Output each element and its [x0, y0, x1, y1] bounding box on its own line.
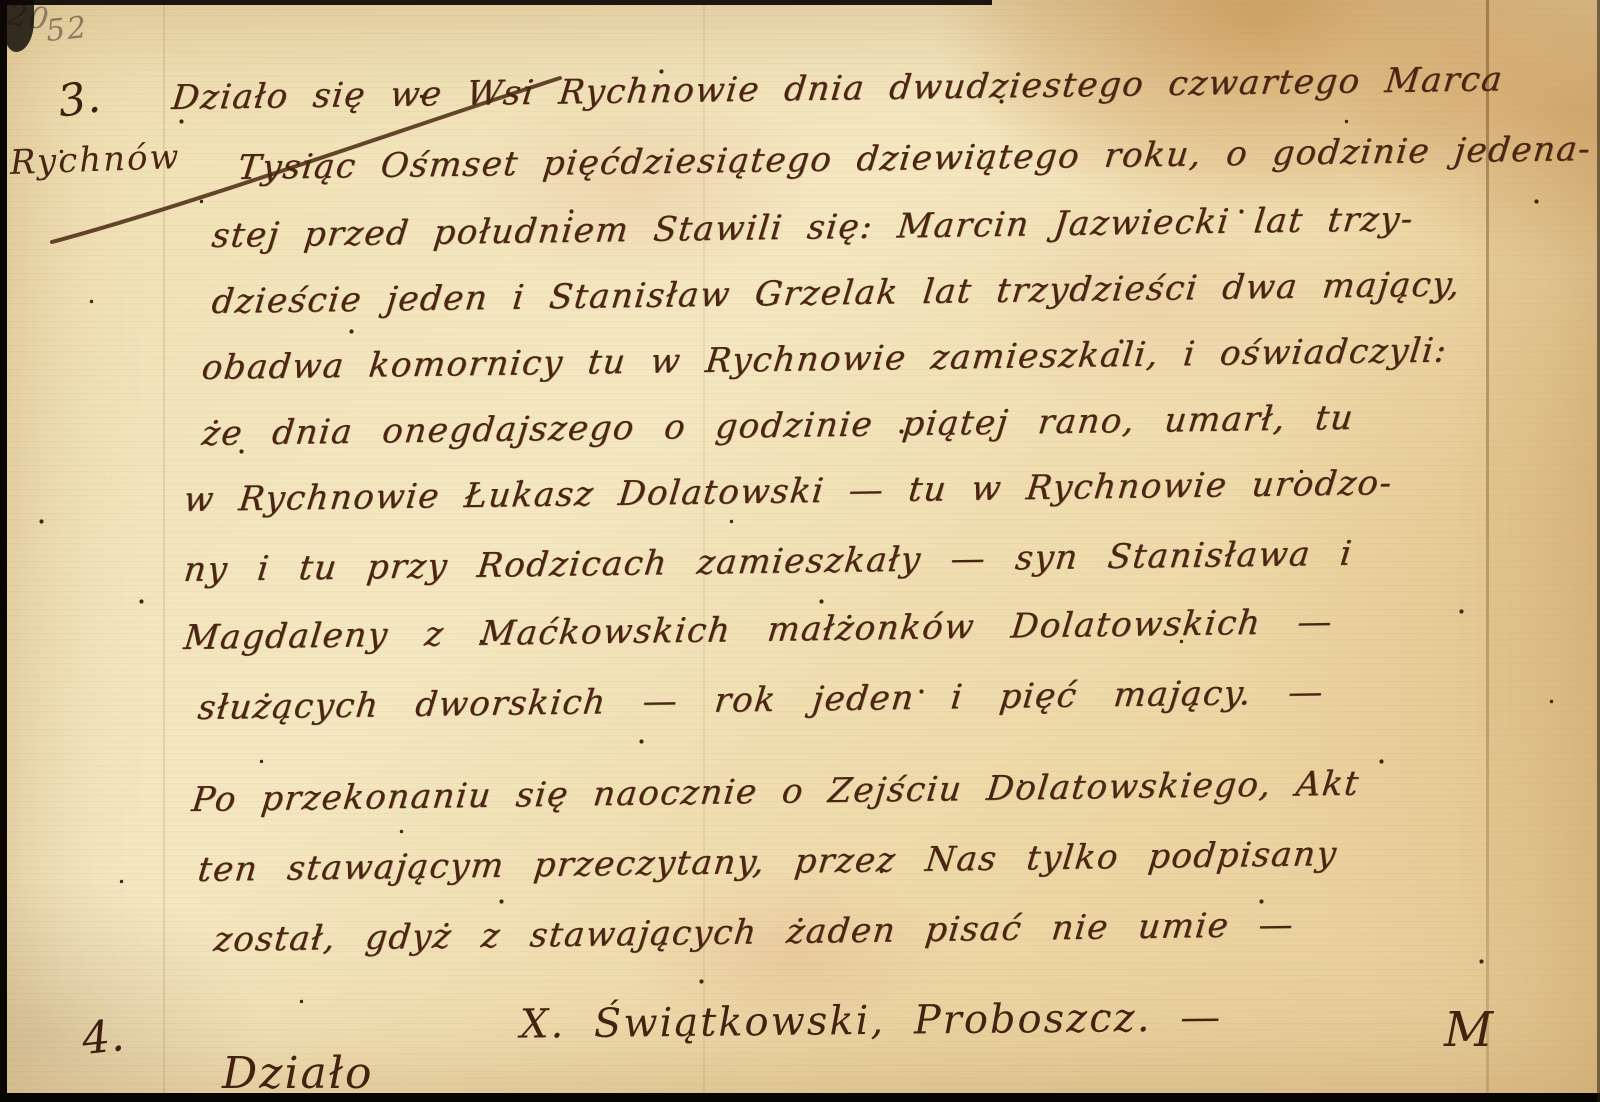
- next-record-fragment: M: [1444, 1002, 1493, 1058]
- record-line-12: ten stawającym przeczytany, przez Nas ty…: [198, 834, 1338, 890]
- scan-edge-left: [0, 0, 7, 1102]
- act-number: 3.: [55, 71, 104, 127]
- record-line-8: ny i tu przy Rodzicach zamieszkały — syn…: [184, 534, 1353, 590]
- scanned-register-page: 20 52 3. Rychnów Działo się we Wsi Rychn…: [0, 0, 1600, 1102]
- margin-place-name: Rychnów: [9, 137, 181, 183]
- priest-signature: X. Świątkowski, Proboszcz. —: [520, 994, 1223, 1047]
- next-record-fragment: Działo: [222, 1048, 374, 1099]
- pencil-archival-number: 52: [44, 10, 90, 49]
- paper-sheet: 20 52 3. Rychnów Działo się we Wsi Rychn…: [0, 0, 1600, 1102]
- record-line-6: że dnia onegdajszego o godzinie piątej r…: [202, 398, 1354, 454]
- record-line-11: Po przekonaniu się naocznie o Zejściu Do…: [192, 764, 1360, 820]
- next-act-number: 4.: [79, 1010, 126, 1065]
- record-line-10: służących dworskich — rok jeden i pięć m…: [198, 672, 1324, 728]
- record-line-13: został, gdyż z stawających żaden pisać n…: [214, 905, 1295, 960]
- scan-edge-top: [0, 0, 992, 5]
- record-line-9: Magdaleny z Maćkowskich małżonków Dolato…: [184, 602, 1334, 658]
- scan-edge-bottom: [0, 1093, 1600, 1102]
- record-line-7: w Rychnowie Łukasz Dolatowski — tu w Ryc…: [184, 463, 1393, 520]
- record-line-5: obadwa komornicy tu w Rychnowie zamieszk…: [202, 331, 1448, 388]
